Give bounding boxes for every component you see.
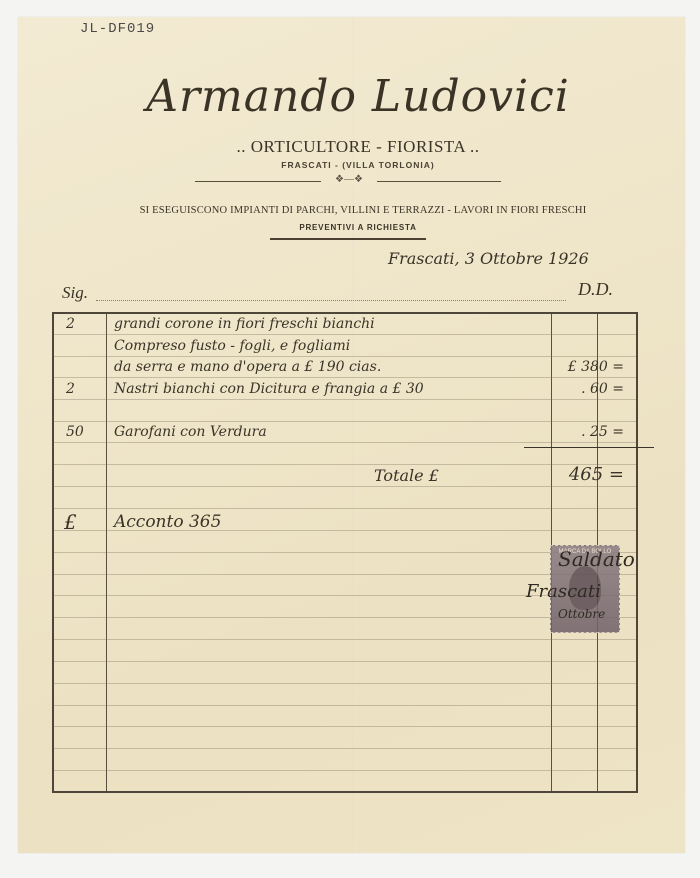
invoice-date: Frascati, 3 Ottobre 1926 [388, 249, 589, 268]
item-qty: 2 [66, 381, 75, 397]
recipient-label: Sig. [62, 283, 88, 303]
item-qty: 2 [66, 316, 75, 332]
dd-label: D.D. [578, 279, 613, 300]
ruled-line [54, 770, 636, 771]
item-description: grandi corone in fiori freschi bianchi [114, 316, 375, 332]
ruled-line [54, 377, 636, 378]
ruled-line [54, 705, 636, 706]
deposit-currency: £ [64, 510, 77, 534]
ruled-line [54, 639, 636, 640]
archive-id: JL-DF019 [80, 21, 155, 37]
total-value: 465 = [524, 464, 624, 485]
item-description: Nastri bianchi con Dicitura e frangia a … [114, 381, 424, 397]
item-qty: 50 [66, 424, 84, 440]
signature-place: Frascati [526, 581, 601, 602]
ruled-line [54, 748, 636, 749]
letterhead-quotes: PREVENTIVI A RICHIESTA [118, 223, 598, 232]
signature-paid: Saldato [558, 547, 635, 571]
ruled-line [54, 486, 636, 487]
total-label: Totale £ [374, 466, 439, 485]
item-description: Garofani con Verdura [114, 424, 267, 440]
ruled-line [54, 552, 636, 553]
ruled-line [54, 617, 636, 618]
ruled-line [54, 442, 636, 443]
deposit-label: Acconto 365 [114, 512, 221, 532]
ruled-line [54, 726, 636, 727]
letterhead-location: FRASCATI - (VILLA TORLONIA) [118, 160, 598, 170]
ruled-line [54, 508, 636, 509]
ruled-line [54, 356, 636, 357]
signature-month: Ottobre [558, 607, 605, 621]
recipient-line [96, 300, 566, 301]
item-description: da serra e mano d'opera a £ 190 cias. [114, 359, 381, 375]
item-description: Compreso fusto - fogli, e fogliami [114, 338, 350, 354]
item-amount: . 25 = [524, 424, 624, 440]
ruled-line [54, 421, 636, 422]
ornament-icon: ❖—❖ [321, 174, 377, 185]
item-amount: . 60 = [524, 381, 624, 397]
letterhead-name: Armando Ludovici [118, 71, 598, 122]
ruled-line [54, 574, 636, 575]
ruled-line [54, 661, 636, 662]
invoice-paper: JL-DF019 Armando Ludovici .. ORTICULTORE… [18, 17, 685, 853]
ruled-line [54, 683, 636, 684]
letterhead-subtitle: .. ORTICULTORE - FIORISTA .. [118, 137, 598, 157]
letterhead-services: SI ESEGUISCONO IMPIANTI DI PARCHI, VILLI… [48, 205, 678, 216]
letterhead-divider-2 [270, 238, 426, 240]
ruled-line [54, 334, 636, 335]
ruled-line [54, 399, 636, 400]
item-amount: £ 380 = [524, 359, 624, 375]
sum-line [524, 447, 654, 448]
